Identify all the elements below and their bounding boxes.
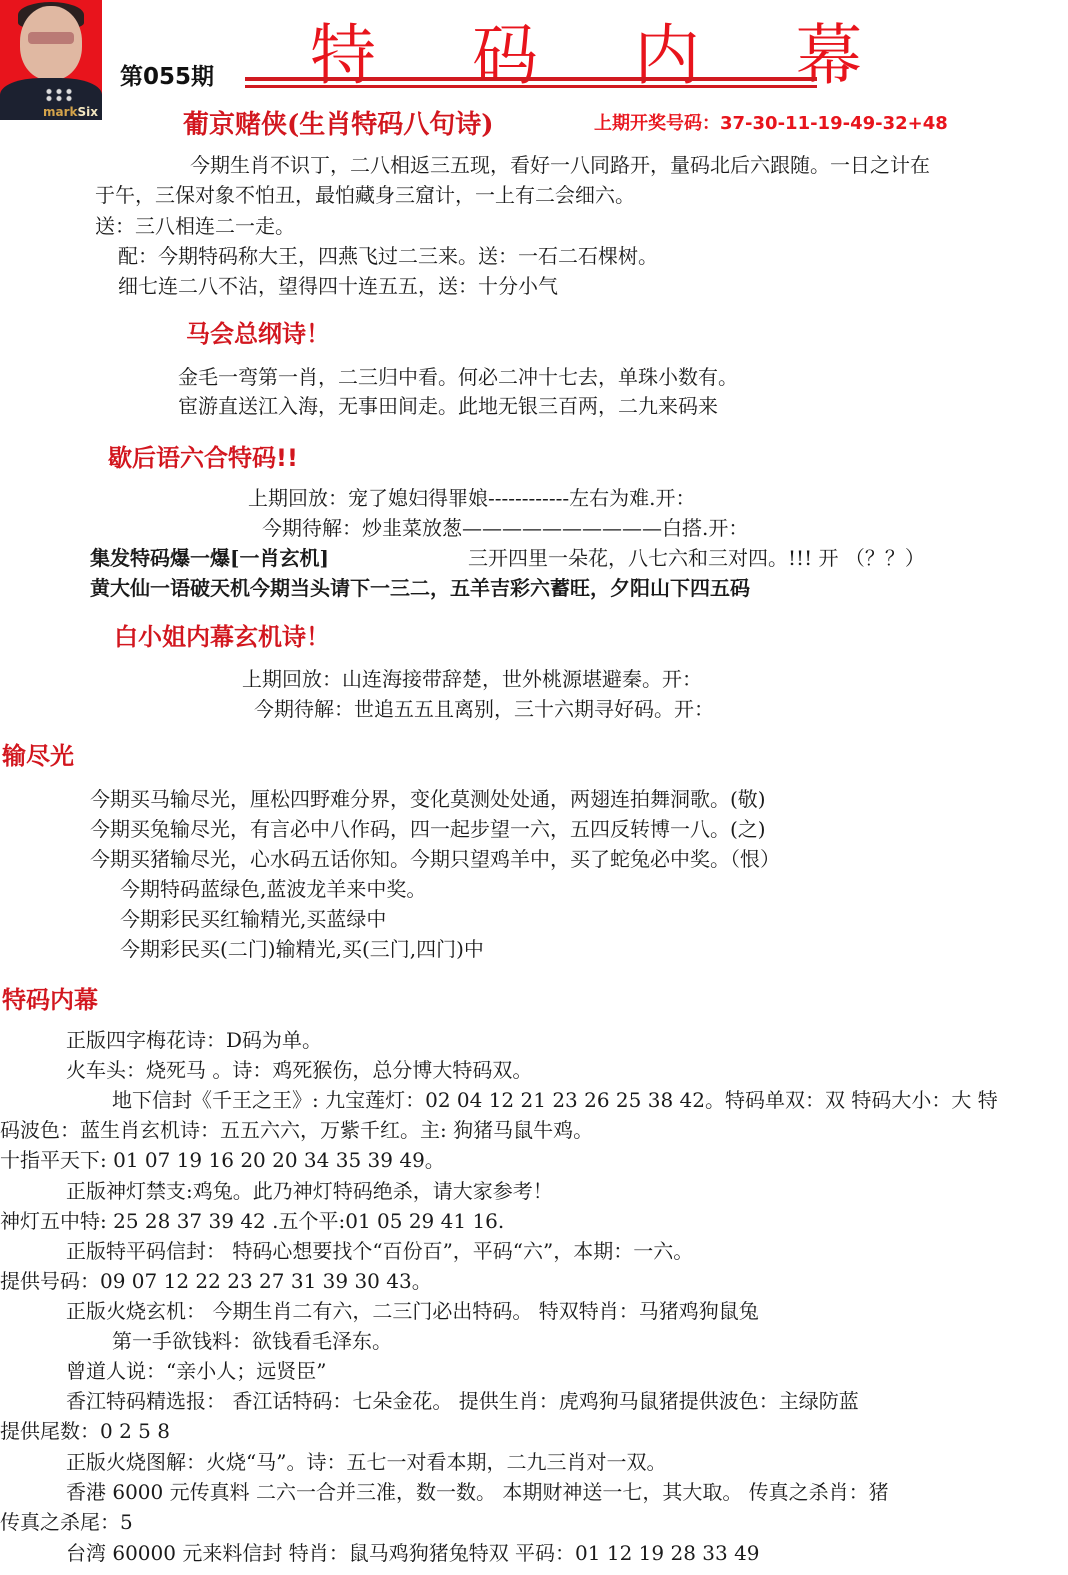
title-underline	[245, 77, 817, 81]
avatar-photo: markSix	[0, 0, 102, 120]
neimu-line: 码波色：蓝生肖玄机诗：五五六六，万紫千红。主: 狗猪马鼠牛鸡。	[0, 1115, 593, 1145]
neimu-line: 正版四字梅花诗：D码为单。	[66, 1025, 322, 1055]
last-draw: 上期开奖号码：37-30-11-19-49-32+48	[594, 109, 948, 135]
last-draw-label: 上期开奖号码：	[594, 113, 720, 134]
neimu-line: 提供尾数：0 2 5 8	[0, 1416, 170, 1446]
poem-line: 于午，三保对象不怕丑，最怕藏身三窟计，一上有二会细六。	[95, 180, 635, 210]
shujinguang-line: 今期彩民买(二门)输精光,买(三门,四门)中	[120, 934, 484, 964]
section-heading-xiehouyu: 歇后语六合特码!!	[108, 438, 298, 473]
neimu-line: 正版特平码信封： 特码心想要找个“百份百”，平码“六”，本期：一六。	[66, 1236, 693, 1266]
neimu-line: 地下信封《千王之王》: 九宝莲灯：02 04 12 21 23 26 25 38…	[112, 1085, 998, 1115]
jifa-text: 三开四里一朵花，八七六和三对四。!!! 开 （？？）	[468, 543, 925, 573]
avatar-buttons	[44, 88, 74, 102]
section-heading-mahui: 马会总纲诗！	[186, 314, 330, 349]
shujinguang-line: 今期买马输尽光，厘松四野难分界，变化莫测处处通，两翅连拍舞洞歌。(敬)	[90, 784, 766, 814]
avatar-glasses	[28, 32, 74, 44]
poem-line: 配：今期特码称大王，四燕飞过二三来。送：一石二石棵树。	[118, 241, 658, 271]
page-title: 特码内幕	[310, 2, 958, 97]
xiehouyu-line: 今期待解：炒韭菜放葱——————————白搭.开：	[262, 513, 748, 543]
shujinguang-line: 今期买兔输尽光，有言必中八作码，四一起步望一六，五四反转博一八。(之)	[90, 814, 766, 844]
neimu-line: 曾道人说：“亲小人；远贤臣”	[66, 1356, 326, 1386]
mahui-line: 宦游直送江入海，无事田间走。此地无银三百两，二九来码来	[178, 391, 718, 421]
neimu-line: 正版神灯禁支:鸡兔。此乃神灯特码绝杀，请大家参考！	[66, 1176, 553, 1206]
shujinguang-line: 今期买猪输尽光，心水码五话你知。今期只望鸡羊中，买了蛇兔必中奖。（恨）	[90, 844, 780, 874]
mahui-line: 金毛一弯第一肖，二三归中看。何必二冲十七去，单珠小数有。	[178, 362, 738, 392]
poem-line: 细七连二八不沾，望得四十连五五，送：十分小气	[118, 271, 558, 301]
marksix-logo: markSix	[43, 105, 98, 119]
section-heading-shujinguang: 输尽光	[2, 736, 74, 771]
title-underline-2	[245, 85, 817, 88]
neimu-line: 正版火烧图解：火烧“马”。诗：五七一对看本期，二九三肖对一双。	[66, 1447, 666, 1477]
neimu-line: 正版火烧玄机： 今期生肖二有六，二三门必出特码。 特双特肖：马猪鸡狗鼠兔	[66, 1296, 759, 1326]
poem-line: 今期生肖不识丁，二八相返三五现，看好一八同路开，量码北后六跟随。一日之计在	[190, 150, 930, 180]
neimu-line: 传真之杀尾：5	[0, 1507, 133, 1537]
neimu-line: 十指平天下: 01 07 19 16 20 20 34 35 39 49。	[0, 1145, 445, 1175]
xiehouyu-line: 上期回放：宠了媳妇得罪娘------------左右为难.开：	[248, 483, 695, 513]
shujinguang-line: 今期彩民买红输精光,买蓝绿中	[120, 904, 386, 934]
neimu-line: 火车头：烧死马 。诗：鸡死猴伤，总分博大特码双。	[66, 1055, 532, 1085]
neimu-line: 提供号码：09 07 12 22 23 27 31 39 30 43。	[0, 1266, 432, 1296]
bai-line: 上期回放：山连海接带辞楚，世外桃源堪避秦。开：	[242, 664, 702, 694]
jifa-label: 集发特码爆一爆[一肖玄机]	[90, 543, 329, 573]
neimu-line: 神灯五中特: 25 28 37 39 42 .五个平:01 05 29 41 1…	[0, 1206, 504, 1236]
shujinguang-line: 今期特码蓝绿色,蓝波龙羊来中奖。	[120, 874, 426, 904]
section-heading-neimu: 特码内幕	[2, 980, 98, 1015]
last-draw-numbers: 37-30-11-19-49-32+48	[720, 113, 948, 134]
subtitle: 葡京赌侠(生肖特码八句诗)	[183, 104, 494, 141]
neimu-line: 香港 6000 元传真料 二六一合并三准，数一数。 本期财神送一七，其大取。 传…	[66, 1477, 889, 1507]
section-heading-bai: 白小姐内幕玄机诗！	[114, 617, 330, 652]
neimu-line: 第一手欲钱料：欲钱看毛泽东。	[112, 1326, 392, 1356]
bai-line: 今期待解：世追五五且离别，三十六期寻好码。开：	[254, 694, 714, 724]
issue-number: 第055期	[120, 58, 214, 91]
huangdaxian-line: 黄大仙一语破天机今期当头请下一三二，五羊吉彩六蓄旺，夕阳山下四五码	[90, 573, 750, 603]
poem-line: 送：三八相连二一走。	[95, 211, 295, 241]
neimu-line: 香江特码精选报： 香江话特码：七朵金花。 提供生肖：虎鸡狗马鼠猪提供波色：主绿防…	[66, 1386, 859, 1416]
neimu-line: 台湾 60000 元来料信封 特肖：鼠马鸡狗猪兔特双 平码：01 12 19 2…	[66, 1538, 760, 1568]
